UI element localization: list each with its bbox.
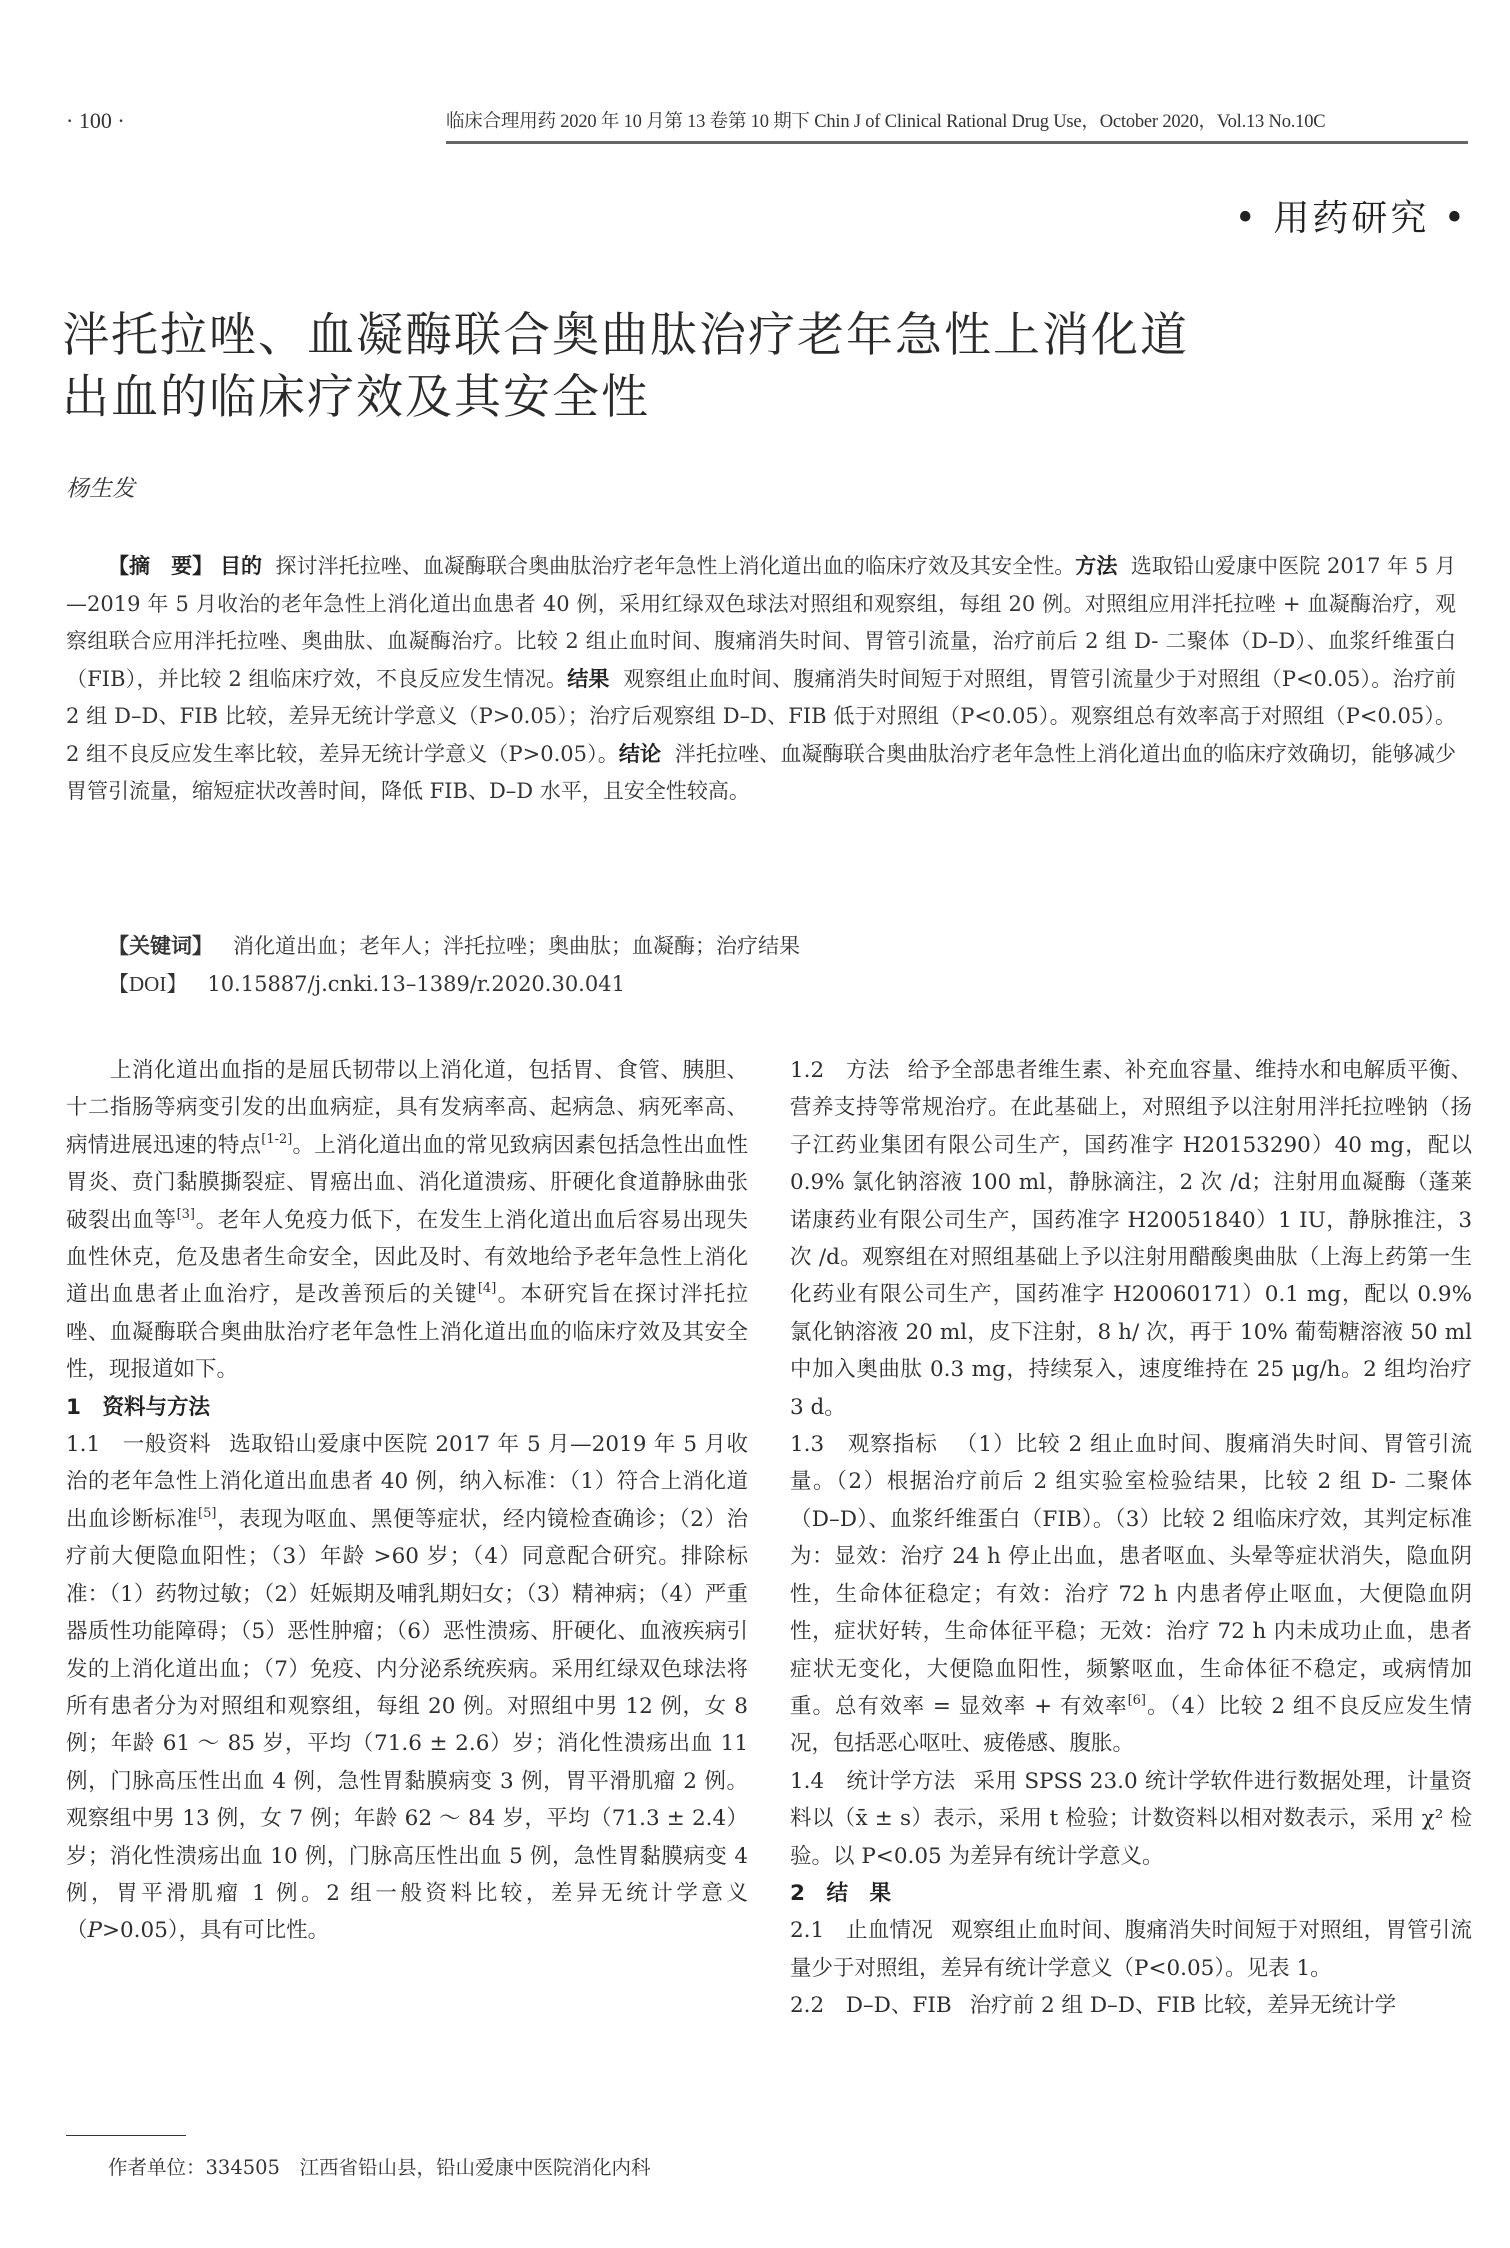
subsection-label: 2.2 D–D、FIB (790, 1993, 952, 2018)
author: 杨生发 (66, 470, 135, 503)
section-1-3: 1.3 观察指标（1）比较 2 组止血时间、腹痛消失时间、胃管引流量。（2）根据… (790, 1426, 1472, 1763)
section-2-2: 2.2 D–D、FIB治疗前 2 组 D–D、FIB 比较，差异无统计学 (790, 1987, 1472, 2024)
intro-paragraph: 上消化道出血指的是屈氏韧带以上消化道，包括胃、食管、胰胆、十二指肠等病变引发的出… (66, 1052, 748, 1389)
keywords-label: 【关键词】 (108, 934, 213, 958)
doi: 【DOI】10.15887/j.cnki.13–1389/r.2020.30.0… (108, 968, 625, 998)
footnote-divider (66, 2135, 186, 2136)
section-tag: • 用药研究 • (1235, 190, 1468, 241)
doi-label: 【DOI】 (108, 972, 187, 996)
subsection-label: 2.1 止血情况 (790, 1918, 933, 1943)
citation[interactable]: [4] (478, 1281, 496, 1296)
citation[interactable]: [1-2] (261, 1132, 292, 1147)
section-heading-2: 2 结 果 (790, 1875, 1472, 1912)
section-1-4: 1.4 统计学方法采用 SPSS 23.0 统计学软件进行数据处理，计量资料以（… (790, 1763, 1472, 1875)
body-text: （1）比较 2 组止血时间、腹痛消失时间、胃管引流量。（2）根据治疗前后 2 组… (790, 1432, 1472, 1719)
section-2-1: 2.1 止血情况观察组止血时间、腹痛消失时间短于对照组，胃管引流量少于对照组，差… (790, 1912, 1472, 1987)
running-head: 临床合理用药 2020 年 10 月第 13 卷第 10 期下 Chin J o… (446, 107, 1468, 144)
author-affiliation: 作者单位：334505 江西省铅山县，铅山爱康中医院消化内科 (108, 2152, 650, 2180)
body-text: 治疗前 2 组 D–D、FIB 比较，差异无统计学 (970, 1993, 1396, 2018)
body-text: ，表现为呕血、黑便等症状，经内镜检查确诊；（2）治疗前大便隐血阳性；（3）年龄 … (66, 1507, 748, 1943)
objective-text: 探讨泮托拉唑、血凝酶联合奥曲肽治疗老年急性上消化道出血的临床疗效及其安全性。 (276, 554, 1076, 578)
abstract-label: 【摘 要】 (108, 554, 213, 578)
title-line-1: 泮托拉唑、血凝酶联合奥曲肽治疗老年急性上消化道 (62, 308, 1189, 363)
abstract: 【摘 要】 目的 探讨泮托拉唑、血凝酶联合奥曲肽治疗老年急性上消化道出血的临床疗… (66, 548, 1456, 811)
results-label: 结果 (567, 667, 609, 691)
objective-label: 目的 (220, 554, 262, 578)
citation[interactable]: [6] (1128, 1693, 1146, 1708)
keywords: 【关键词】消化道出血；老年人；泮托拉唑；奥曲肽；血凝酶；治疗结果 (108, 930, 800, 960)
citation[interactable]: [3] (177, 1207, 195, 1222)
p-symbol: P (88, 1918, 102, 1943)
subsection-label: 1.1 一般资料 (66, 1432, 211, 1457)
keywords-value: 消化道出血；老年人；泮托拉唑；奥曲肽；血凝酶；治疗结果 (233, 934, 800, 958)
body-column-right: 1.2 方法给予全部患者维生素、补充血容量、维持水和电解质平衡、营养支持等常规治… (790, 1052, 1472, 2025)
section-1-1: 1.1 一般资料选取铅山爱康中医院 2017 年 5 月—2019 年 5 月收… (66, 1426, 748, 1950)
body-column-left: 上消化道出血指的是屈氏韧带以上消化道，包括胃、食管、胰胆、十二指肠等病变引发的出… (66, 1052, 748, 1950)
subsection-label: 1.4 统计学方法 (790, 1769, 956, 1794)
section-heading-1: 1 资料与方法 (66, 1389, 748, 1426)
methods-label: 方法 (1075, 554, 1117, 578)
doi-value[interactable]: 10.15887/j.cnki.13–1389/r.2020.30.041 (207, 972, 625, 996)
title-line-2: 出血的临床疗效及其安全性 (62, 370, 650, 425)
page-number: · 100 · (66, 108, 125, 134)
body-text: >0.05），具有可比性。 (102, 1918, 329, 1943)
article-title: 泮托拉唑、血凝酶联合奥曲肽治疗老年急性上消化道 出血的临床疗效及其安全性 (62, 305, 1422, 429)
subsection-label: 1.3 观察指标 (790, 1432, 938, 1457)
citation[interactable]: [5] (198, 1506, 216, 1521)
body-text: 给予全部患者维生素、补充血容量、维持水和电解质平衡、营养支持等常规治疗。在此基础… (790, 1058, 1472, 1420)
conclusion-label: 结论 (619, 742, 661, 766)
subsection-label: 1.2 方法 (790, 1058, 890, 1083)
section-1-2: 1.2 方法给予全部患者维生素、补充血容量、维持水和电解质平衡、营养支持等常规治… (790, 1052, 1472, 1426)
